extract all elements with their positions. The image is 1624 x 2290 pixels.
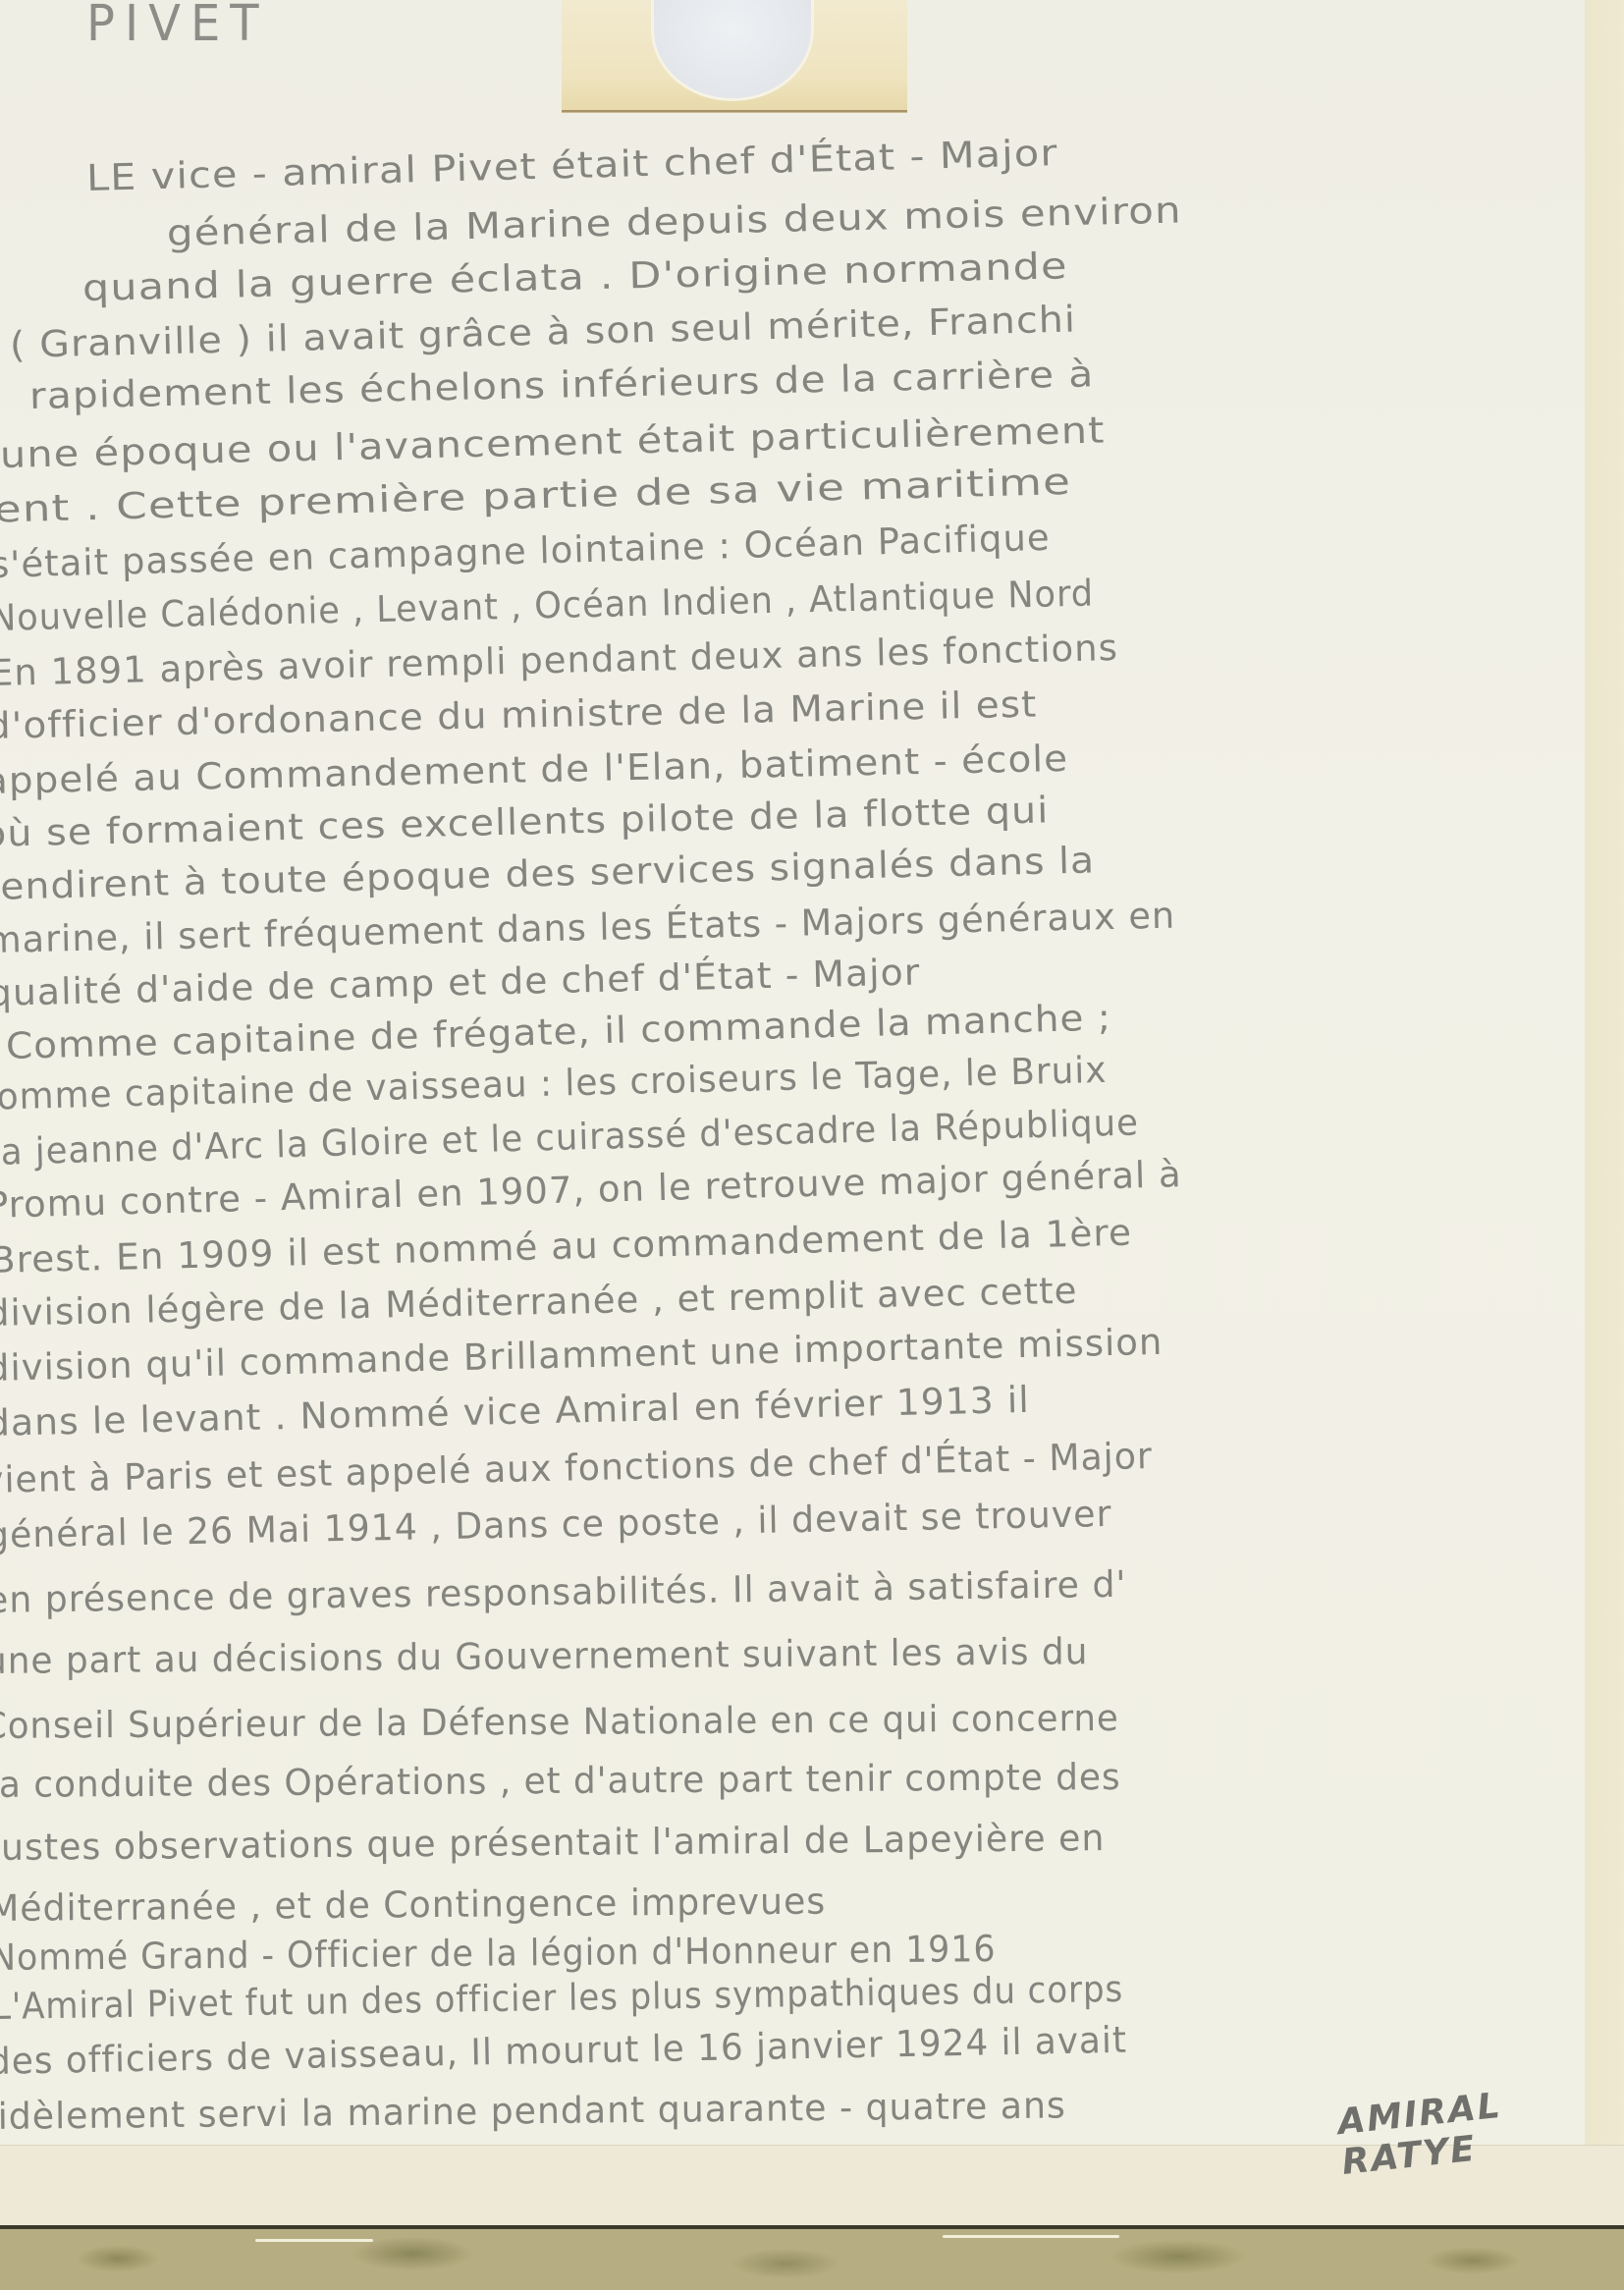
plastic-glare	[255, 2239, 373, 2242]
text-line: la conduite des Opérations , et d'autre …	[0, 1756, 1121, 1806]
text-line: Méditerranée , et de Contingence imprevu…	[0, 1881, 826, 1930]
torn-photo-area	[654, 0, 811, 98]
page-title: PIVET	[86, 0, 269, 48]
page-edge	[1585, 0, 1624, 2160]
scanned-page: PIVET LE vice - amiral Pivet était chef …	[0, 0, 1624, 2290]
text-line: Nommé Grand - Officier de la légion d'Ho…	[0, 1928, 997, 1979]
plastic-glare	[943, 2235, 1119, 2238]
text-line: Conseil Supérieur de la Défense National…	[0, 1697, 1119, 1747]
backing-board	[0, 2229, 1624, 2290]
photo-mount-remnant	[562, 0, 907, 112]
